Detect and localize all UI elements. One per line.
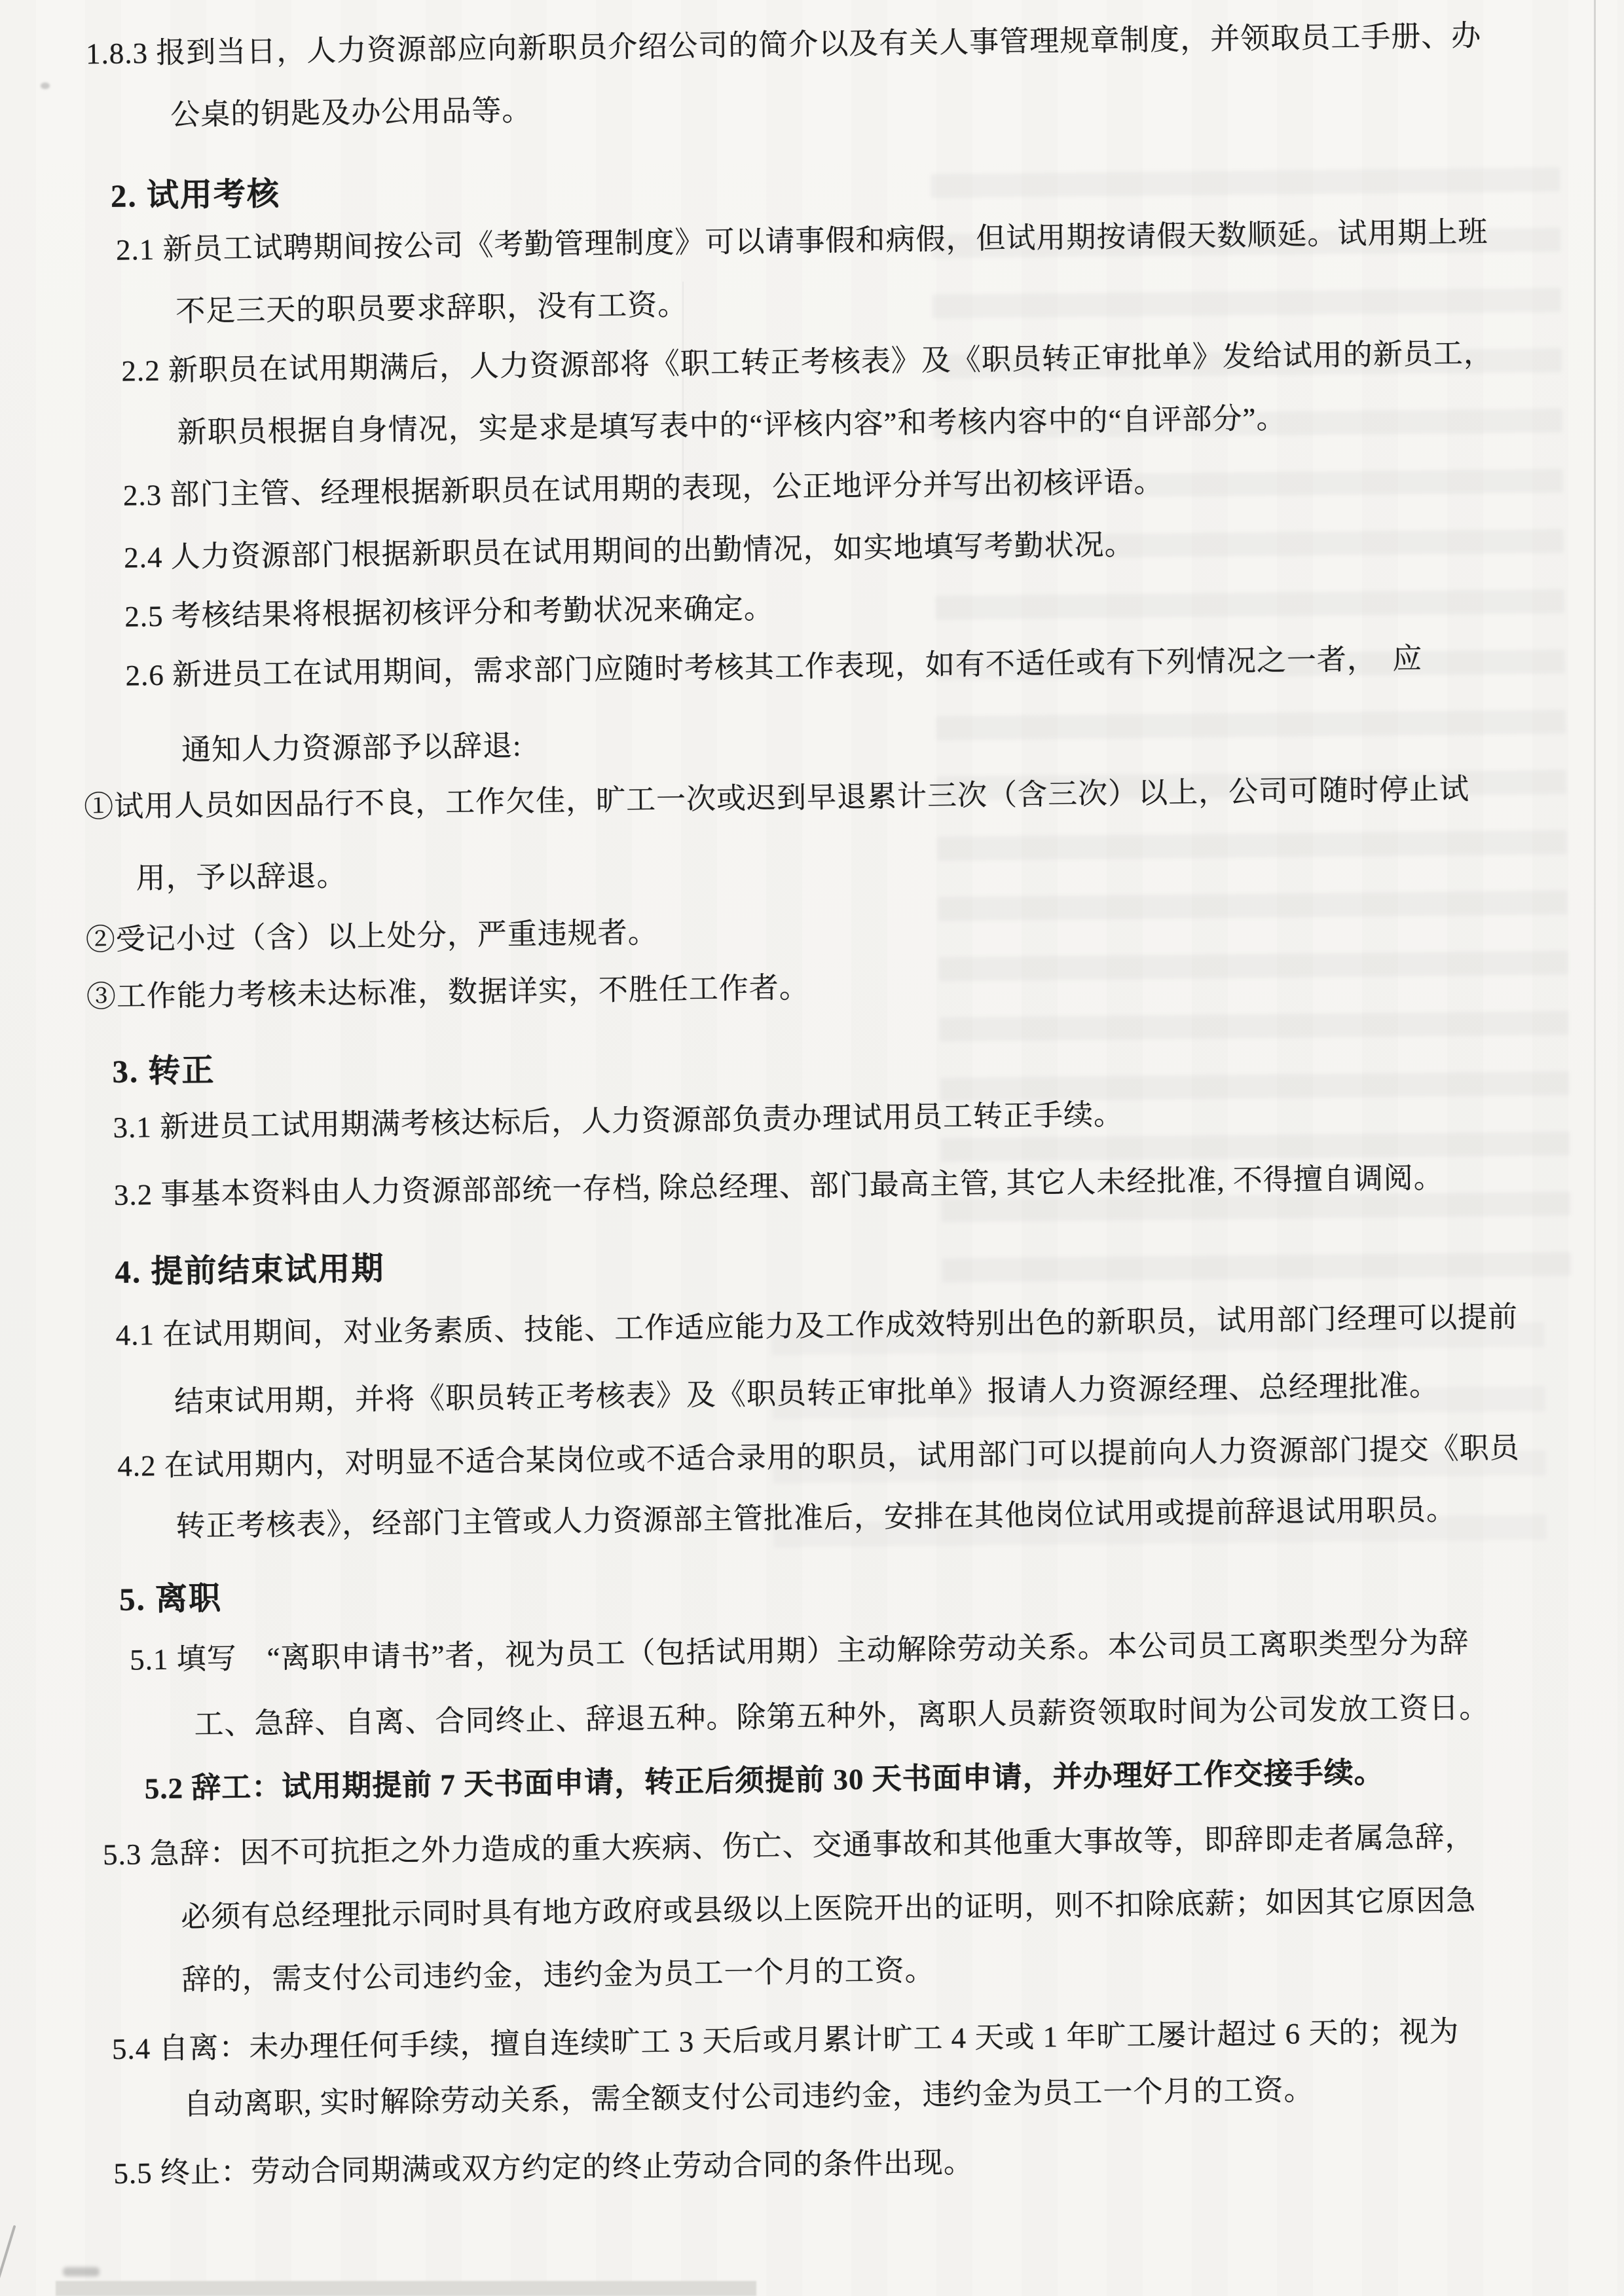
- section-heading-resignation: 5. 离职: [119, 1582, 223, 1617]
- clause-5-3-line2: 必须有总经理批示同时具有地方政府或县级以上医院开出的证明，则不扣除底薪；如因其它…: [181, 1883, 1477, 1935]
- clause-2-3: 2.3 部门主管、经理根据新职员在试用期的表现，公正地评分并写出初核评语。: [123, 465, 1164, 513]
- item-circled-1-line2: 用，予以辞退。: [136, 859, 347, 895]
- clause-5-1-line1: 5.1 填写 “离职申请书”者，视为员工（包括试用期）主动解除劳动关系。本公司员…: [130, 1625, 1469, 1677]
- item-circled-1-line1: ①试用人员如因品行不良，工作欠佳，旷工一次或迟到早退累计三次（含三次）以上，公司…: [84, 772, 1470, 824]
- clause-2-1-line1: 2.1 新员工试聘期间按公司《考勤管理制度》可以请事假和病假，但试用期按请假天数…: [116, 215, 1488, 267]
- clause-5-3-line1: 5.3 急辞：因不可抗拒之外力造成的重大疾病、伤亡、交通事故和其他重大事故等，即…: [103, 1820, 1475, 1872]
- section-heading-early-end-probation: 4. 提前结束试用期: [115, 1251, 385, 1289]
- clause-1-8-3-line1: 1.8.3 报到当日，人力资源部应向新职员介绍公司的简介以及有关人事管理规章制度…: [86, 18, 1482, 71]
- clause-4-1-line1: 4.1 在试用期间，对业务素质、技能、工作适应能力及工作成效特别出色的新职员，试…: [115, 1300, 1518, 1352]
- clause-2-6-line1: 2.6 新进员工在试用期间，需求部门应随时考核其工作表现，如有不适任或有下列情况…: [125, 642, 1423, 693]
- clause-3-2: 3.2 事基本资料由人力资源部部统一存档, 除总经理、部门最高主管, 其它人未经…: [114, 1160, 1445, 1212]
- clause-2-2-line1: 2.2 新职员在试用期满后，人力资源部将《职工转正考核表》及《职员转正审批单》发…: [121, 336, 1494, 388]
- clause-3-1: 3.1 新进员工试用期满考核达标后，人力资源部负责办理试用员工转正手续。: [113, 1098, 1124, 1145]
- section-heading-regularization: 3. 转正: [112, 1054, 215, 1089]
- clause-5-4-line1: 5.4 自离：未办理任何手续，擅自连续旷工 3 天后或月累计旷工 4 天或 1 …: [112, 2014, 1460, 2066]
- clause-1-8-3-line2: 公桌的钥匙及办公用品等。: [170, 93, 532, 132]
- clause-2-5: 2.5 考核结果将根据初核评分和考勤状况来确定。: [124, 591, 774, 634]
- item-circled-3: ③工作能力考核未达标准，数据详实，不胜任工作者。: [86, 971, 810, 1014]
- scan-corner-mark: [0, 2225, 16, 2289]
- clause-4-1-line2: 结束试用期，并将《职员转正考核表》及《职员转正审批单》报请人力资源经理、总经理批…: [174, 1368, 1440, 1418]
- clause-5-1-line2: 工、急辞、自离、合同终止、辞退五种。除第五种外，离职人员薪资领取时间为公司发放工…: [194, 1690, 1490, 1741]
- clause-5-2: 5.2 辞工：试用期提前 7 天书面申请，转正后须提前 30 天书面申请，并办理…: [144, 1756, 1384, 1806]
- document-text-layer: 1.8.3 报到当日，人力资源部应向新职员介绍公司的简介以及有关人事管理规章制度…: [0, 0, 1624, 2296]
- scanned-document-page: 1.8.3 报到当日，人力资源部应向新职员介绍公司的简介以及有关人事管理规章制度…: [0, 0, 1624, 2296]
- clause-2-4: 2.4 人力资源部门根据新职员在试用期间的出勤情况，如实地填写考勤状况。: [124, 527, 1135, 574]
- clause-2-6-line2: 通知人力资源部予以辞退:: [181, 729, 522, 768]
- clause-5-5: 5.5 终止：劳动合同期满或双方约定的终止劳动合同的条件出现。: [113, 2145, 974, 2191]
- clause-2-2-line2: 新职员根据自身情况，实是求是填写表中的“评核内容”和考核内容中的“自评部分”。: [177, 401, 1286, 449]
- clause-4-2-line1: 4.2 在试用期内，对明显不适合某岗位或不适合录用的职员，试用部门可以提前向人力…: [117, 1431, 1520, 1483]
- clause-5-4-line2: 自动离职, 实时解除劳动关系，需全额支付公司违约金，违约金为员工一个月的工资。: [183, 2073, 1314, 2122]
- clause-4-2-line2: 转正考核表》，经部门主管或人力资源部主管批准后，安排在其他岗位试用或提前辞退试用…: [175, 1492, 1456, 1544]
- clause-5-3-line3: 辞的，需支付公司违约金，违约金为员工一个月的工资。: [181, 1953, 935, 1997]
- item-circled-2: ②受记小过（含）以上处分，严重违规者。: [85, 916, 658, 957]
- clause-2-1-line2: 不足三天的职员要求辞职，没有工资。: [175, 287, 688, 328]
- section-heading-probation-review: 2. 试用考核: [111, 177, 281, 213]
